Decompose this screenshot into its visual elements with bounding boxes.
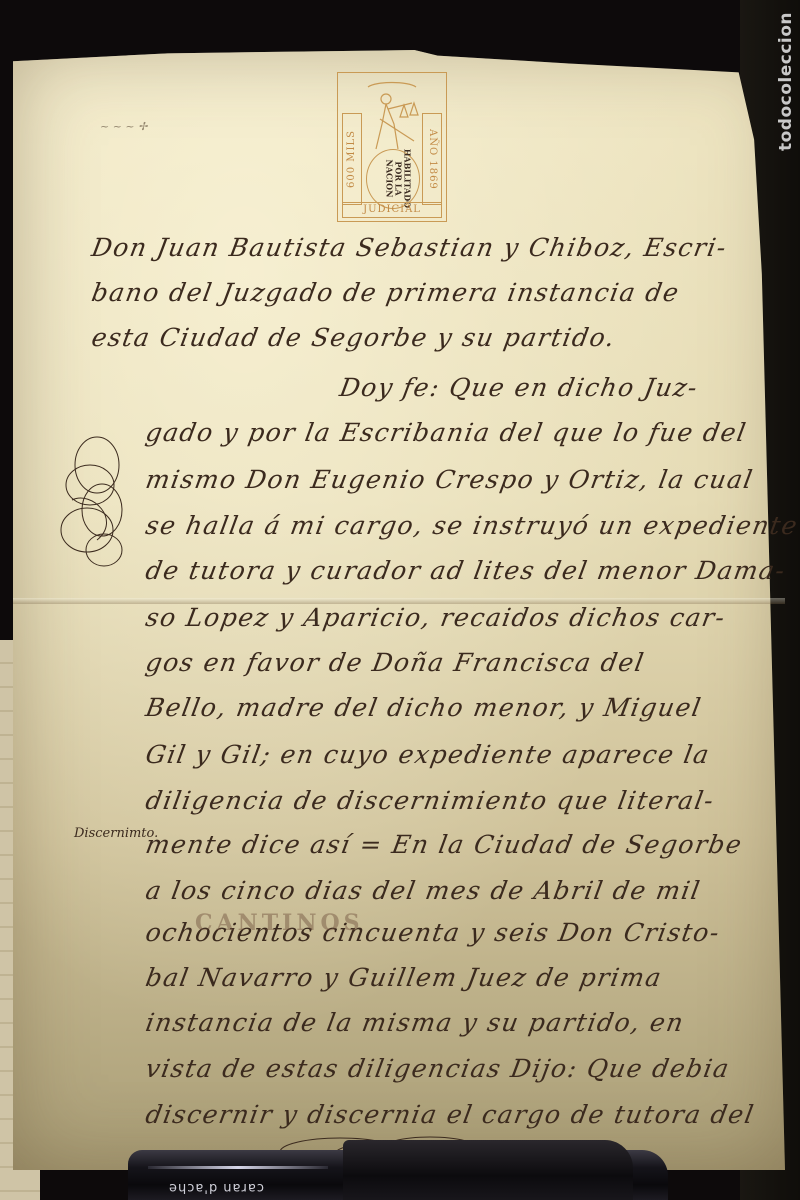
manuscript-line: se halla á mi cargo, se instruyó un expe… — [143, 511, 800, 540]
manuscript-line: so Lopez y Aparicio, recaidos dichos car… — [143, 603, 728, 632]
stamp-overprint: HABILITADO POR LA NACION — [385, 149, 412, 209]
notary-rubric-icon — [52, 430, 142, 580]
manuscript-line: mismo Don Eugenio Crespo y Ortiz, la cua… — [143, 465, 755, 494]
manuscript-line: discernir y discernia el cargo de tutora… — [143, 1100, 756, 1129]
judicial-stamp: 600 MILS AÑO 1869 HABILITADO POR LA NACI… — [337, 72, 447, 222]
manuscript-line: esta Ciudad de Segorbe y su partido. — [89, 323, 618, 352]
watermark: todocoleccion — [776, 12, 796, 151]
pen-cap — [343, 1140, 633, 1200]
manuscript-line: mente dice así = En la Ciudad de Segorbe — [143, 830, 745, 859]
manuscript-line: gos en favor de Doña Francisca del — [143, 648, 647, 677]
manuscript-line: vista de estas diligencias Dijo: Que deb… — [143, 1054, 732, 1083]
manuscript-line: bano del Juzgado de primera instancia de — [89, 278, 682, 307]
manuscript-line: gado y por la Escribania del que lo fue … — [143, 418, 749, 447]
manuscript-line: Don Juan Bautista Sebastian y Chiboz, Es… — [89, 233, 729, 262]
manuscript-line: Bello, madre del dicho menor, y Miguel — [143, 693, 704, 722]
manuscript-line: Gil y Gil; en cuyo expediente aparece la — [143, 740, 712, 769]
stamp-year: AÑO 1869 — [422, 113, 442, 205]
pen-highlight — [148, 1166, 328, 1169]
stamp-type: JUDICIAL — [342, 202, 442, 218]
manuscript-line: bal Navarro y Guillem Juez de prima — [143, 963, 664, 992]
pen-brand-label: caran d'ache — [168, 1180, 264, 1195]
margin-note: Discernimto. — [74, 826, 158, 841]
manuscript-line: instancia de la misma y su partido, en — [143, 1008, 686, 1037]
faded-ink-stamp: CANTINOS — [195, 910, 364, 936]
manuscript-line: diligencia de discernimiento que literal… — [143, 786, 716, 815]
stamp-value: 600 MILS — [342, 113, 362, 205]
manuscript-line: Doy fe: Que en dicho Juz- — [337, 373, 700, 402]
manuscript-line: de tutora y curador ad lites del menor D… — [143, 556, 788, 585]
pen: caran d'ache — [128, 1150, 668, 1200]
manuscript-line: a los cinco dias del mes de Abril de mil — [143, 876, 703, 905]
faint-top-mark: ~ ~ ~ ✢ — [100, 120, 147, 133]
